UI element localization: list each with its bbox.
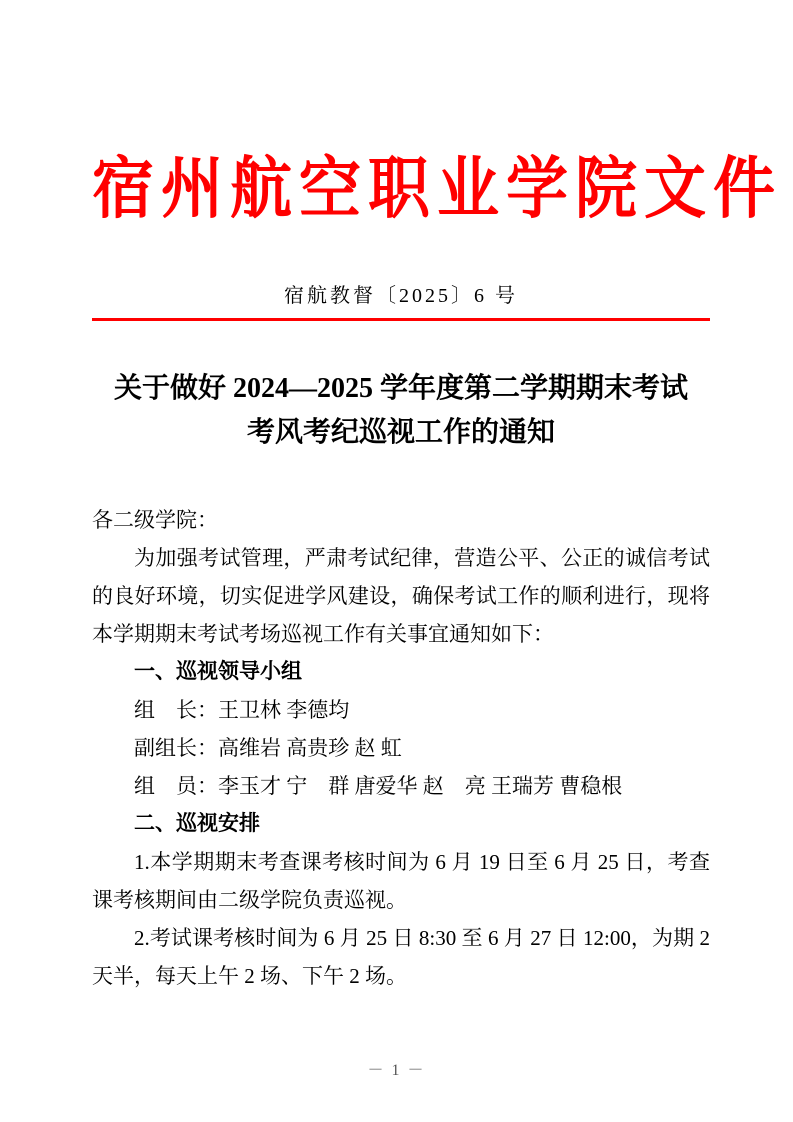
body-paragraph: 各二级学院： (92, 501, 710, 539)
body-paragraph: 1.本学期期末考查课考核时间为 6 月 19 日至 6 月 25 日，考查课考核… (92, 843, 710, 919)
page-footer: － 1 － (0, 1057, 793, 1080)
body-paragraph: 组 长：王卫林 李德均 (92, 691, 710, 729)
document-title-line-1: 关于做好 2024—2025 学年度第二学期期末考试 (92, 367, 710, 411)
body-paragraph: 为加强考试管理，严肃考试纪律，营造公平、公正的诚信考试的良好环境，切实促进学风建… (92, 539, 710, 653)
page-number: － 1 － (367, 1062, 425, 1079)
document-page: 宿州航空职业学院文件 宿航教督〔2025〕6 号 关于做好 2024—2025 … (0, 0, 793, 1122)
document-number: 宿航教督〔2025〕6 号 (92, 284, 710, 308)
document-content: 宿州航空职业学院文件 宿航教督〔2025〕6 号 关于做好 2024—2025 … (0, 148, 793, 995)
section-heading: 一、巡视领导小组 (92, 653, 710, 691)
document-title-line-2: 考风考纪巡视工作的通知 (92, 411, 710, 455)
red-divider-line (92, 318, 710, 321)
body-paragraph: 2.考试课考核时间为 6 月 25 日 8:30 至 6 月 27 日 12:0… (92, 919, 710, 995)
section-heading: 二、巡视安排 (92, 805, 710, 843)
document-header: 宿州航空职业学院文件 宿航教督〔2025〕6 号 (92, 148, 710, 321)
body-paragraph: 副组长：高维岩 高贵珍 赵 虹 (92, 729, 710, 767)
document-title: 关于做好 2024—2025 学年度第二学期期末考试 考风考纪巡视工作的通知 (92, 367, 710, 455)
document-header-title: 宿州航空职业学院文件 (92, 148, 710, 232)
body-paragraph: 组 员：李玉才 宁 群 唐爱华 赵 亮 王瑞芳 曹稳根 (92, 767, 710, 805)
document-body: 各二级学院：为加强考试管理，严肃考试纪律，营造公平、公正的诚信考试的良好环境，切… (92, 501, 710, 995)
